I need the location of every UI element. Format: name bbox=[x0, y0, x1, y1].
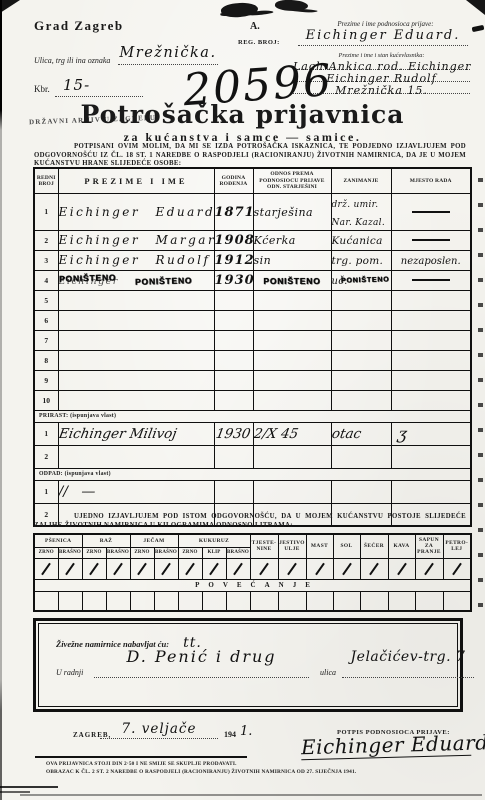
supplies-group-header-row: PŠENICA RAŽ JEČAM KUKURUZ TJESTE-NINE JE… bbox=[34, 534, 471, 547]
empty-cell bbox=[333, 591, 360, 611]
food-supplies-table: PŠENICA RAŽ JEČAM KUKURUZ TJESTE-NINE JE… bbox=[33, 533, 472, 612]
signature-field: Eichinger Eduard bbox=[301, 731, 472, 760]
sub-cob: KLIP bbox=[202, 547, 226, 558]
prirast-label: PRIRAST: (ispunjava vlast) bbox=[34, 410, 471, 422]
date-field: 7. veljače bbox=[100, 720, 218, 739]
table-row-empty: 8 bbox=[34, 350, 471, 370]
stock-slash-mark bbox=[89, 562, 99, 575]
stock-slash-mark bbox=[342, 562, 352, 575]
empty-cell bbox=[58, 350, 214, 370]
empty-cell bbox=[214, 290, 253, 310]
empty-cell bbox=[106, 591, 130, 611]
empty-cell bbox=[226, 591, 250, 611]
section-letter: A. bbox=[250, 21, 260, 32]
empty-cell bbox=[58, 591, 82, 611]
col-pasta: TJESTE-NINE bbox=[250, 534, 278, 558]
empty-cell bbox=[130, 591, 154, 611]
city-heading: Grad Zagreb bbox=[34, 18, 124, 34]
empty-cell bbox=[154, 591, 178, 611]
row-number: 1 bbox=[34, 422, 58, 445]
empty-cell bbox=[58, 310, 214, 330]
scan-artifact-top-right bbox=[466, 0, 485, 15]
empty-cell bbox=[250, 591, 278, 611]
shop-name-label: U radnji bbox=[56, 668, 83, 677]
empty-cell bbox=[214, 480, 253, 503]
sub-flour: BRAŠNO bbox=[226, 547, 250, 558]
row-number: 1 bbox=[34, 480, 58, 503]
empty-cell bbox=[253, 350, 331, 370]
occupation: trg. pom. bbox=[332, 255, 384, 267]
supplies-empty-row bbox=[34, 591, 471, 611]
ink-smudge-right bbox=[275, 0, 309, 12]
empty-cell bbox=[214, 390, 253, 410]
empty-cell bbox=[253, 445, 331, 468]
empty-cell bbox=[331, 330, 391, 350]
col-barley: JEČAM bbox=[130, 534, 178, 547]
empty-cell bbox=[214, 445, 253, 468]
empty-cell bbox=[331, 390, 391, 410]
stock-slash-mark bbox=[287, 562, 297, 575]
birth-year: 1912 bbox=[215, 253, 254, 268]
empty-cell bbox=[34, 591, 58, 611]
member-name: Eichinger Rudolf bbox=[59, 253, 211, 267]
row-number: 4 bbox=[34, 270, 58, 290]
col-header-workplace: MJESTO RADA bbox=[391, 168, 471, 193]
cancelled-stamp: PONIŠTENO bbox=[134, 275, 192, 286]
none-dash bbox=[412, 211, 450, 213]
empty-cell bbox=[278, 591, 306, 611]
added-member-name: Eichinger Milivoj bbox=[58, 426, 177, 442]
date-handwritten: 7. veljače bbox=[122, 721, 197, 737]
official-mark: // — bbox=[59, 484, 96, 500]
sub-flour: BRAŠNO bbox=[58, 547, 82, 558]
year-printed: 194 bbox=[224, 730, 236, 739]
empty-cell bbox=[253, 480, 331, 503]
stock-slash-mark bbox=[209, 562, 219, 575]
empty-cell bbox=[443, 591, 471, 611]
empty-cell bbox=[214, 310, 253, 330]
povecanje-row: POVEĆANJE bbox=[34, 579, 471, 591]
stock-slash-mark bbox=[259, 562, 269, 575]
reg-number-label: REG. BROJ: bbox=[238, 39, 280, 46]
empty-cell bbox=[214, 370, 253, 390]
shop-street-handwritten: Jelačićev-trg. 7 bbox=[351, 649, 466, 665]
sub-grain: ZRNO bbox=[178, 547, 202, 558]
table-header-row: REDNI BROJ PREZIME I IME GODINA ROĐENJA … bbox=[34, 168, 471, 193]
odpad-row: 1 // — bbox=[34, 480, 471, 503]
row-number: 8 bbox=[34, 350, 58, 370]
empty-cell bbox=[253, 390, 331, 410]
none-dash bbox=[412, 279, 450, 281]
col-oil: JESTIVO ULJE bbox=[278, 534, 306, 558]
occupation: otac bbox=[331, 426, 362, 442]
empty-cell bbox=[391, 370, 471, 390]
scan-artifact-bottom-3 bbox=[0, 791, 30, 793]
empty-cell bbox=[214, 350, 253, 370]
shop-name-field: D. Penić i drug bbox=[94, 647, 309, 678]
house-number-handwritten: 15- bbox=[55, 76, 90, 94]
col-header-year: GODINA ROĐENJA bbox=[214, 168, 253, 193]
supplies-values-row bbox=[34, 558, 471, 579]
stock-slash-mark bbox=[137, 562, 147, 575]
empty-cell bbox=[58, 445, 214, 468]
supplies-declaration-paragraph: UJEDNO IZJAVLJUJEM POD ISTOM ODGOVORNOŠĆ… bbox=[34, 513, 466, 530]
empty-cell bbox=[391, 350, 471, 370]
col-coffee: KAVA bbox=[388, 534, 415, 558]
empty-cell bbox=[306, 591, 333, 611]
col-salt: SOL bbox=[333, 534, 360, 558]
empty-cell bbox=[178, 591, 202, 611]
odpad-label: ODPAD: (ispunjava vlast) bbox=[34, 468, 471, 480]
shop-street-field: Jelačićev-trg. 7 bbox=[342, 648, 474, 678]
table-row-empty: 7 bbox=[34, 330, 471, 350]
form-title: Potrošačka prijavnica bbox=[0, 100, 485, 129]
prirast-row: 1 Eichinger Milivoj 1930 2/X 45 otac ʒ bbox=[34, 422, 471, 445]
house-number-field: 15- bbox=[55, 76, 143, 97]
empty-cell bbox=[58, 330, 214, 350]
table-row-empty: 5 bbox=[34, 290, 471, 310]
street-label: Ulica, trg ili ina oznaka bbox=[34, 56, 110, 65]
empty-cell bbox=[214, 330, 253, 350]
signature-handwritten: Eichinger Eduard bbox=[301, 730, 485, 759]
stock-slash-mark bbox=[369, 562, 379, 575]
stock-slash-mark bbox=[452, 562, 462, 575]
birth-year: 1908 bbox=[215, 233, 254, 248]
row-number: 2 bbox=[34, 230, 58, 250]
col-wheat: PŠENICA bbox=[34, 534, 82, 547]
row-number: 1 bbox=[34, 193, 58, 230]
applicant-name-field: Eichinger Eduard. bbox=[298, 26, 468, 46]
relation: starješina bbox=[254, 206, 314, 219]
table-row-empty: 9 bbox=[34, 370, 471, 390]
street-field: Mrežnička. bbox=[118, 44, 218, 65]
scan-artifact-bottom-2 bbox=[20, 794, 482, 796]
scanned-form-page: Grad Zagreb A. REG. BROJ: Prezime i ime … bbox=[0, 0, 485, 800]
sub-flour: BRAŠNO bbox=[154, 547, 178, 558]
footnote-legal: OBRAZAC K ČL. 2 ST. 2 NAREDBE O RASPODJE… bbox=[46, 769, 356, 775]
sub-grain: ZRNO bbox=[130, 547, 154, 558]
row-number: 2 bbox=[34, 445, 58, 468]
relation: sin bbox=[254, 254, 272, 267]
empty-cell bbox=[391, 330, 471, 350]
stock-slash-mark bbox=[424, 562, 434, 575]
col-corn: KUKURUZ bbox=[178, 534, 250, 547]
relation: Kćerka bbox=[254, 234, 296, 247]
prirast-label-row: PRIRAST: (ispunjava vlast) bbox=[34, 410, 471, 422]
row-number: 9 bbox=[34, 370, 58, 390]
empty-cell bbox=[331, 445, 391, 468]
col-rye: RAŽ bbox=[82, 534, 130, 547]
street-handwritten: Mrežnička. bbox=[119, 45, 216, 61]
occupation: drž. umir. Nar. Kazal. bbox=[332, 200, 386, 228]
table-row-empty: 6 bbox=[34, 310, 471, 330]
empty-cell bbox=[331, 310, 391, 330]
none-dash bbox=[412, 239, 450, 241]
empty-cell bbox=[360, 591, 388, 611]
workplace: nezaposlen. bbox=[401, 256, 461, 267]
shop-name-handwritten: D. Penić i drug bbox=[126, 647, 276, 666]
row-number: 7 bbox=[34, 330, 58, 350]
stock-slash-mark bbox=[315, 562, 325, 575]
col-header-num: REDNI BROJ bbox=[34, 168, 58, 193]
empty-cell bbox=[391, 480, 471, 503]
empty-cell bbox=[331, 290, 391, 310]
entry-date: 2/X 45 bbox=[253, 426, 299, 442]
table-row: 2 Eichinger Margareta 1908 Kćerka Kućani… bbox=[34, 230, 471, 250]
stock-slash-mark bbox=[397, 562, 407, 575]
col-header-name: PREZIME I IME bbox=[58, 168, 214, 193]
scan-artifact-right-marks bbox=[478, 178, 483, 618]
footnote-rule bbox=[35, 756, 247, 758]
empty-cell bbox=[391, 390, 471, 410]
birth-year: 1871 bbox=[215, 205, 254, 220]
col-sugar: ŠEĆER bbox=[360, 534, 388, 558]
sub-grain: ZRNO bbox=[34, 547, 58, 558]
stock-slash-mark bbox=[65, 562, 75, 575]
year-handwritten: 1. bbox=[240, 724, 252, 739]
empty-cell bbox=[391, 290, 471, 310]
prirast-row-empty: 2 bbox=[34, 445, 471, 468]
empty-cell bbox=[253, 370, 331, 390]
table-row-empty: 10 bbox=[34, 390, 471, 410]
house-number-label: Kbr. bbox=[34, 84, 50, 94]
household-members-table: REDNI BROJ PREZIME I IME GODINA ROĐENJA … bbox=[33, 167, 472, 527]
stock-slash-mark bbox=[161, 562, 171, 575]
stock-slash-mark bbox=[113, 562, 123, 575]
row-number: 10 bbox=[34, 390, 58, 410]
empty-cell bbox=[82, 591, 106, 611]
table-row: 3 Eichinger Rudolf 1912 sin trg. pom. ne… bbox=[34, 250, 471, 270]
official-mark: ʒ bbox=[396, 424, 408, 443]
empty-cell bbox=[388, 591, 415, 611]
birth-year: 1930 bbox=[215, 426, 252, 442]
table-row-cancelled: 4 Eichinger PONIŠTENO PONIŠTENO 1930 PON… bbox=[34, 270, 471, 290]
ink-smudge-left bbox=[220, 1, 258, 19]
member-name: Eichinger Eduard bbox=[59, 205, 215, 219]
empty-cell bbox=[331, 480, 391, 503]
occupation: Kućanica bbox=[332, 235, 383, 247]
empty-cell bbox=[253, 290, 331, 310]
empty-cell bbox=[331, 350, 391, 370]
scan-artifact-bottom-1 bbox=[0, 786, 58, 788]
landlord-line-3: Mrežnička 15. bbox=[335, 84, 428, 97]
sub-flour: BRAŠNO bbox=[106, 547, 130, 558]
applicant-name-handwritten: Eichinger Eduard. bbox=[306, 28, 461, 43]
shop-street-label: ulica bbox=[320, 668, 336, 677]
sub-grain: ZRNO bbox=[82, 547, 106, 558]
empty-cell bbox=[391, 445, 471, 468]
cancelled-stamp: PONIŠTENO bbox=[340, 276, 389, 284]
footnote-price: OVA PRIJAVNICA STOJI DIN 2·50 I NE SMIJE… bbox=[46, 761, 237, 767]
col-soap: SAPUN ZA PRANJE bbox=[415, 534, 443, 558]
col-lard: MAST bbox=[306, 534, 333, 558]
col-header-relation: ODNOS PREMA PODNOSIOCU PRIJAVE ODN. STAR… bbox=[253, 168, 331, 193]
empty-cell bbox=[253, 330, 331, 350]
empty-cell bbox=[202, 591, 226, 611]
member-name: Eichinger Margareta bbox=[59, 233, 215, 247]
col-petroleum: PETRO-LEJ bbox=[443, 534, 471, 558]
stock-slash-mark bbox=[41, 562, 51, 575]
col-header-occupation: ZANIMANJE bbox=[331, 168, 391, 193]
shop-declaration-box: Živežne namirnice nabavljat ću: tt. U ra… bbox=[33, 618, 463, 712]
odpad-label-row: ODPAD: (ispunjava vlast) bbox=[34, 468, 471, 480]
row-number: 5 bbox=[34, 290, 58, 310]
povecanje-label: POVEĆANJE bbox=[34, 579, 471, 591]
empty-cell bbox=[58, 390, 214, 410]
empty-cell bbox=[58, 290, 214, 310]
empty-cell bbox=[391, 310, 471, 330]
empty-cell bbox=[253, 310, 331, 330]
scan-artifact-right-dash bbox=[472, 25, 485, 32]
row-number: 6 bbox=[34, 310, 58, 330]
cancelled-stamp: PONIŠTENO bbox=[263, 276, 320, 286]
stock-slash-mark bbox=[185, 562, 195, 575]
empty-cell bbox=[331, 370, 391, 390]
birth-year: 1930 bbox=[215, 273, 254, 288]
table-row: 1 Eichinger Eduard 1871 starješina drž. … bbox=[34, 193, 471, 230]
empty-cell bbox=[58, 370, 214, 390]
scan-artifact-top-left bbox=[0, 0, 20, 13]
stock-slash-mark bbox=[233, 562, 243, 575]
cancelled-stamp: PONIŠTENO bbox=[58, 272, 116, 283]
empty-cell bbox=[415, 591, 443, 611]
declaration-paragraph: POTPISANI OVIM MOLIM, DA MI SE IZDA POTR… bbox=[34, 143, 466, 169]
row-number: 3 bbox=[34, 250, 58, 270]
